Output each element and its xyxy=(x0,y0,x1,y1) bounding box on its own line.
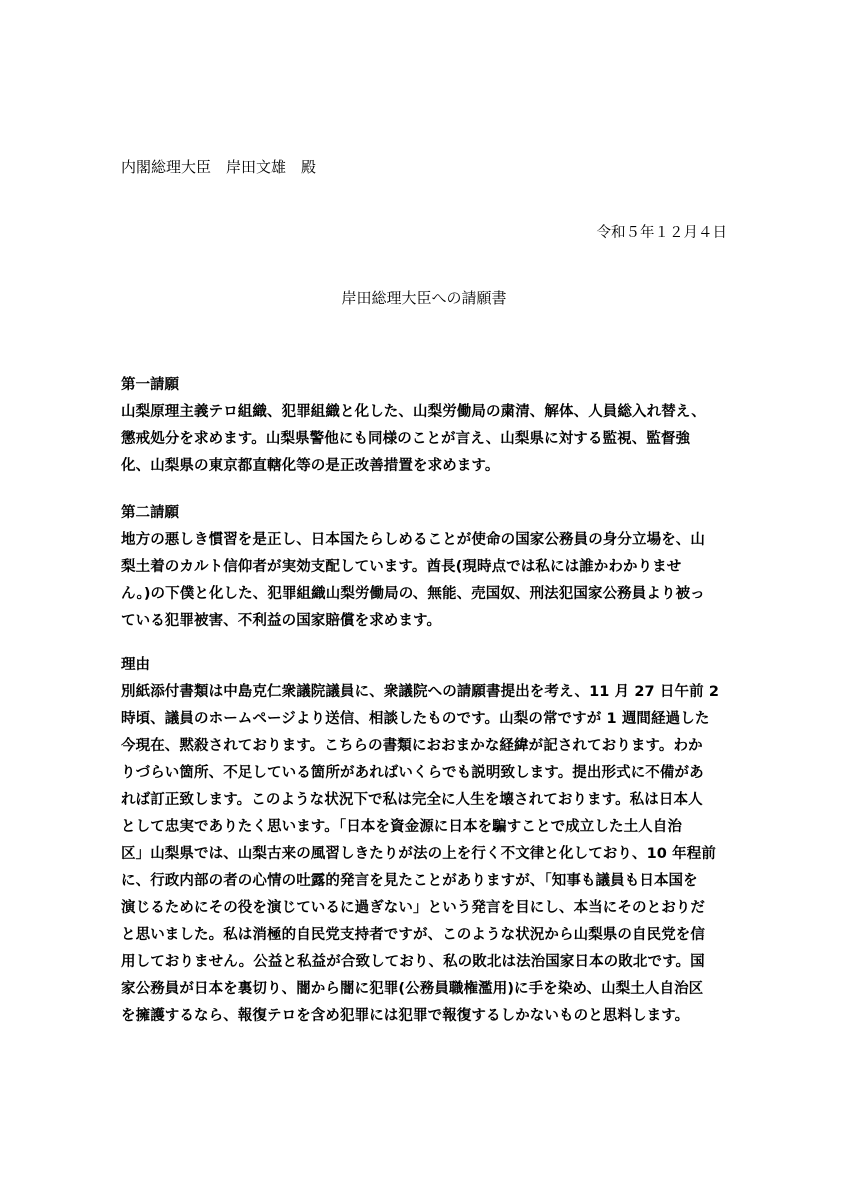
body-line: 用しておりません。公益と私益が合致しており、私の敗北は法治国家日本の敗北です。国 xyxy=(121,949,741,976)
body-line: 家公務員が日本を裏切り、闇から闇に犯罪(公務員職権濫用)に手を染め、山梨土人自治… xyxy=(121,976,741,1003)
document-title: 岸田総理大臣への請願書 xyxy=(0,287,848,308)
body-line: れば訂正致します。このような状況下で私は完全に人生を壊されております。私は日本人 xyxy=(121,787,741,814)
document-page: 内閣総理大臣 岸田文雄 殿 令和５年１２月４日 岸田総理大臣への請願書 第一請願… xyxy=(0,0,848,1200)
body-line: ている犯罪被害、不利益の国家賠償を求めます。 xyxy=(121,608,741,635)
body-line: 別紙添付書類は中島克仁衆議院議員に、衆議院への請願書提出を考え、11 月 27 … xyxy=(121,679,741,706)
section-heading: 理由 xyxy=(121,651,741,679)
body-line: 今現在、黙殺されております。こちらの書類におおまかな経緯が記されております。わか xyxy=(121,733,741,760)
section-heading: 第二請願 xyxy=(121,499,741,527)
body-line: ん。)の下僕と化した、犯罪組織山梨労働局の、無能、売国奴、刑法犯国家公務員より被… xyxy=(121,581,741,608)
body-line: 地方の悪しき慣習を是正し、日本国たらしめることが使命の国家公務員の身分立場を、山 xyxy=(121,527,741,554)
body-line: 梨土着のカルト信仰者が実効支配しています。酋長(現時点では私には誰かわかりませ xyxy=(121,554,741,581)
section-heading: 第一請願 xyxy=(121,371,741,399)
body-line: と思いました。私は消極的自民党支持者ですが、このような状況から山梨県の自民党を信 xyxy=(121,922,741,949)
document-date: 令和５年１２月４日 xyxy=(597,221,728,242)
addressee: 内閣総理大臣 岸田文雄 殿 xyxy=(121,156,316,177)
section-second-petition: 第二請願 地方の悪しき慣習を是正し、日本国たらしめることが使命の国家公務員の身分… xyxy=(121,499,741,635)
section-first-petition: 第一請願 山梨原理主義テロ組織、犯罪組織と化した、山梨労働局の粛清、解体、人員総… xyxy=(121,371,741,480)
body-line: として忠実でありたく思います。「日本を資金源に日本を騙すことで成立した土人自治 xyxy=(121,814,741,841)
section-reason: 理由 別紙添付書類は中島克仁衆議院議員に、衆議院への請願書提出を考え、11 月 … xyxy=(121,651,741,1030)
body-line: を擁護するなら、報復テロを含め犯罪には犯罪で報復するしかないものと思料します。 xyxy=(121,1003,741,1030)
body-line: 演じるためにその役を演じているに過ぎない」という発言を目にし、本当にそのとおりだ xyxy=(121,895,741,922)
body-line: 時頃、議員のホームページより送信、相談したものです。山梨の常ですが 1 週間経過… xyxy=(121,706,741,733)
body-line: 化、山梨県の東京都直轄化等の是正改善措置を求めます。 xyxy=(121,453,741,480)
body-line: 山梨原理主義テロ組織、犯罪組織と化した、山梨労働局の粛清、解体、人員総入れ替え、 xyxy=(121,399,741,426)
body-line: りづらい箇所、不足している箇所があればいくらでも説明致します。提出形式に不備があ xyxy=(121,760,741,787)
body-line: 区」山梨県では、山梨古来の風習しきたりが法の上を行く不文律と化しており、10 年… xyxy=(121,841,741,868)
body-line: に、行政内部の者の心情の吐露的発言を見たことがありますが、「知事も議員も日本国を xyxy=(121,868,741,895)
body-line: 懲戒処分を求めます。山梨県警他にも同様のことが言え、山梨県に対する監視、監督強 xyxy=(121,426,741,453)
